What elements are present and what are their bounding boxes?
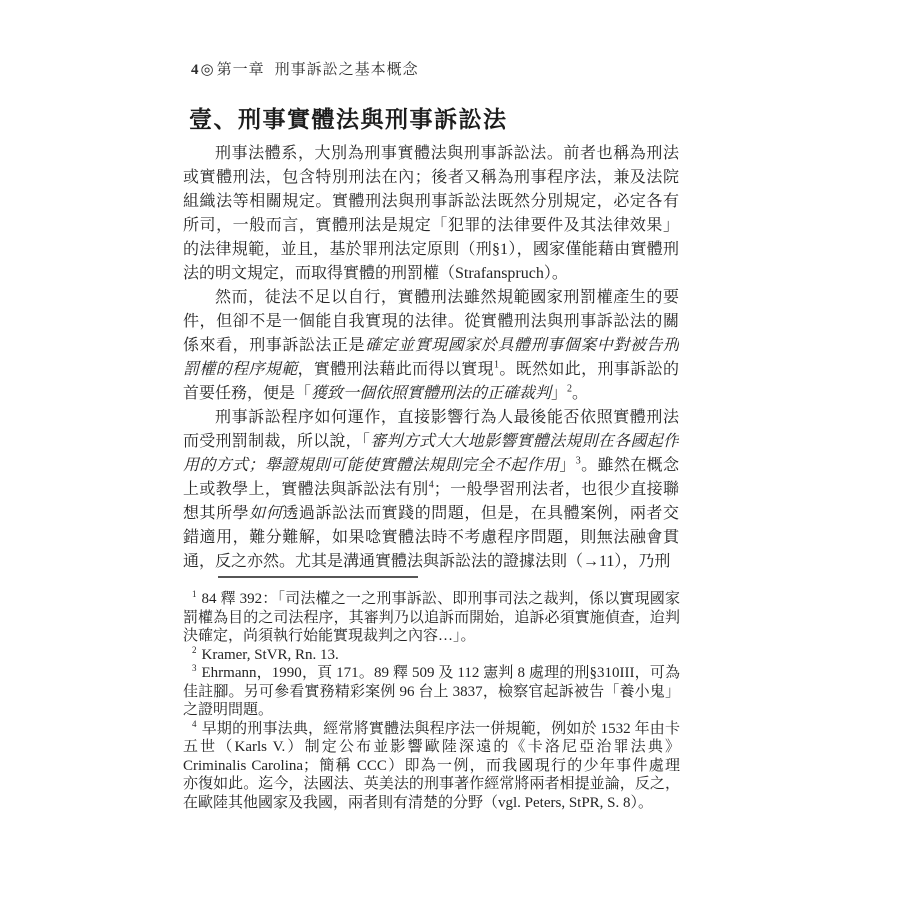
body-text-run: 想其所學: [183, 505, 249, 522]
body-text-run: 。既然如此，刑事訴訟的: [499, 361, 679, 378]
footnote: 184 釋 392：「司法權之一之刑事訴訟、即刑事司法之裁判，係以實現國家刑罰權…: [183, 590, 680, 646]
emphasis-text: 罰權的程序規範: [183, 361, 298, 378]
footnote: 2Kramer, StVR, Rn. 13.: [183, 646, 680, 665]
footnote-marker: 3: [192, 664, 197, 673]
text-line: 的法律規範，並且，基於罪刑法定原則（刑§1），國家僅能藉由實體刑: [183, 238, 679, 262]
body-text-run: Kramer, StVR, Rn. 13.: [202, 647, 339, 663]
body-text-run: 首要任務，便是「: [183, 385, 311, 402]
text-line: 法的明文規定，而取得實體的刑罰權（Strafanspruch）。: [183, 262, 679, 286]
body-text-run: 」: [551, 385, 567, 402]
body-text-run: 早期的刑事法典，經常將實體法與程序法一併規範，例如於 1532 年由卡爾: [183, 721, 680, 739]
text-line: 通，反之亦然。尤其是溝通實體法與訴訟法的證據法則（→11），乃刑: [183, 550, 679, 574]
body-text-run: 」: [559, 457, 575, 474]
body-text-run: 刑事法體系，大別為刑事實體法與刑事訴訟法。前者也稱為刑法: [215, 145, 679, 162]
chapter-label: 第一章: [217, 62, 265, 78]
body-text-run: 84 釋 392：「司法權之一之刑事訴訟、即刑事司法之裁判，係以實現國家刑: [183, 591, 680, 609]
body-text-run: 所司，一般而言，實體刑法是規定「犯罪的法律要件及其法律效果」: [183, 217, 679, 234]
text-line: 組織法等相關規定。實體刑法與刑事訴訟法既然分別規定，必定各有: [183, 190, 679, 214]
text-line: Criminalis Carolina；簡稱 CCC）即為一例，而我國現行的少年…: [183, 757, 680, 776]
body-text-run: 或實體刑法，包含特別刑法在內；後者又稱為刑事程序法，兼及法院: [183, 169, 679, 186]
paragraph: 然而，徒法不足以自行，實體刑法雖然規範國家刑罰權產生的要件，但卻不是一個能自我實…: [183, 286, 679, 406]
footnote-marker: 2: [192, 646, 197, 655]
text-line: 在歐陸其他國家及我國，兩者則有清楚的分野（vgl. Peters, StPR, …: [183, 794, 680, 813]
footnote-marker: 1: [192, 590, 197, 599]
emphasis-text: 獲致一個依照實體刑法的正確裁判: [311, 385, 551, 402]
book-page: 4◎第一章刑事訴訟之基本概念 壹、刑事實體法與刑事訴訟法 刑事法體系，大別為刑事…: [0, 0, 900, 900]
body-text-run: 而受刑罰制裁，所以說，「: [183, 433, 370, 450]
footnote: 3Ehrmann，1990，頁 171。89 釋 509 及 112 憲判 8 …: [183, 664, 680, 720]
text-line: 錯適用，難分難解，如果唸實體法時不考慮程序問題，則無法融會貫: [183, 526, 679, 550]
body-text-run: 之證明問題。: [183, 702, 273, 718]
text-line: 刑事訴訟程序如何運作，直接影響行為人最後能否依照實體刑法: [183, 406, 679, 430]
body-text-run: Ehrmann，1990，頁 171。89 釋 509 及 112 憲判 8 處…: [183, 665, 680, 683]
body-text-run: 。: [572, 385, 588, 402]
body-text-run: 通，反之亦然。尤其是溝通實體法與訴訟法的證據法則（→11），乃刑: [183, 553, 670, 570]
emphasis-text: 確定並實現國家於具體刑事個案中對被告刑: [365, 337, 679, 354]
header-symbol: ◎: [201, 62, 215, 78]
text-line: 罰權的程序規範，實體刑法藉此而得以實現1。既然如此，刑事訴訟的: [183, 358, 679, 382]
text-line: 然而，徒法不足以自行，實體刑法雖然規範國家刑罰權產生的要: [183, 286, 679, 310]
text-line: 184 釋 392：「司法權之一之刑事訴訟、即刑事司法之裁判，係以實現國家刑: [183, 590, 680, 609]
body-text-run: 五世（Karls V.）制定公布並影響歐陸深遠的《卡洛尼亞治罪法典》（Const…: [183, 739, 680, 757]
text-line: 係來看，刑事訴訟法正是確定並實現國家於具體刑事個案中對被告刑: [183, 334, 679, 358]
text-line: 亦復如此。迄今，法國法、英美法的刑事著作經常將兩者相提並論，反之，: [183, 775, 680, 794]
body-text-run: 在歐陸其他國家及我國，兩者則有清楚的分野（vgl. Peters, StPR, …: [183, 795, 653, 811]
text-line: 所司，一般而言，實體刑法是規定「犯罪的法律要件及其法律效果」: [183, 214, 679, 238]
running-header: 4◎第一章刑事訴訟之基本概念: [191, 58, 419, 79]
text-line: 決確定，尚須執行始能實現裁判之內容…」。: [183, 627, 680, 646]
body-text-run: 佳註腳。另可參看實務精彩案例 96 台上 3837，檢察官起訴被告「養小鬼」: [183, 684, 680, 700]
body-text-run: 亦復如此。迄今，法國法、英美法的刑事著作經常將兩者相提並論，反之，: [183, 776, 680, 792]
body-text-run: ，實體刑法藉此而得以實現: [298, 361, 494, 378]
text-line: 之證明問題。: [183, 701, 680, 720]
text-line: 而受刑罰制裁，所以說，「審判方式大大地影響實體法規則在各國起作: [183, 430, 679, 454]
footnote-separator-rule: [218, 576, 418, 578]
body-text-run: Criminalis Carolina；簡稱 CCC）即為一例，而我國現行的少年…: [183, 758, 680, 776]
section-heading: 壹、刑事實體法與刑事訴訟法: [189, 101, 508, 134]
body-text-run: 組織法等相關規定。實體刑法與刑事訴訟法既然分別規定，必定各有: [183, 193, 679, 210]
body-text-run: 件，但卻不是一個能自我實現的法律。從實體刑法與刑事訴訟法的關: [183, 313, 679, 330]
text-line: 想其所學如何透過訴訟法而實踐的問題，但是，在具體案例，兩者交: [183, 502, 679, 526]
body-text-run: 然而，徒法不足以自行，實體刑法雖然規範國家刑罰權產生的要: [215, 289, 679, 306]
text-line: 罰權為目的之司法程序，其審判乃以追訴而開始，追訴必須實施偵查，迨判: [183, 609, 680, 628]
body-text-run: 係來看，刑事訴訟法正是: [183, 337, 365, 354]
emphasis-text: 審判方式大大地影響實體法規則在各國起作: [370, 433, 679, 450]
text-line: 或實體刑法，包含特別刑法在內；後者又稱為刑事程序法，兼及法院: [183, 166, 679, 190]
footnote: 4早期的刑事法典，經常將實體法與程序法一併規範，例如於 1532 年由卡爾五世（…: [183, 720, 680, 813]
text-line: 刑事法體系，大別為刑事實體法與刑事訴訟法。前者也稱為刑法: [183, 142, 679, 166]
text-line: 佳註腳。另可參看實務精彩案例 96 台上 3837，檢察官起訴被告「養小鬼」: [183, 683, 680, 702]
paragraph: 刑事法體系，大別為刑事實體法與刑事訴訟法。前者也稱為刑法或實體刑法，包含特別刑法…: [183, 142, 679, 286]
footnotes: 184 釋 392：「司法權之一之刑事訴訟、即刑事司法之裁判，係以實現國家刑罰權…: [183, 590, 680, 812]
text-line: 首要任務，便是「獲致一個依照實體刑法的正確裁判」2。: [183, 382, 679, 406]
text-line: 件，但卻不是一個能自我實現的法律。從實體刑法與刑事訴訟法的關: [183, 310, 679, 334]
footnote-marker: 4: [192, 720, 197, 729]
emphasis-text: 用的方式；舉證規則可能使實體法規則完全不起作用: [183, 457, 559, 474]
body-text-run: 法的明文規定，而取得實體的刑罰權（Strafanspruch）。: [183, 265, 568, 282]
body-text-run: 的法律規範，並且，基於罪刑法定原則（刑§1），國家僅能藉由實體刑: [183, 241, 679, 258]
text-line: 用的方式；舉證規則可能使實體法規則完全不起作用」3。雖然在概念: [183, 454, 679, 478]
body-text: 刑事法體系，大別為刑事實體法與刑事訴訟法。前者也稱為刑法或實體刑法，包含特別刑法…: [183, 142, 679, 574]
text-line: 2Kramer, StVR, Rn. 13.: [183, 646, 680, 665]
body-text-run: 錯適用，難分難解，如果唸實體法時不考慮程序問題，則無法融會貫: [183, 529, 679, 546]
body-text-run: 決確定，尚須執行始能實現裁判之內容…」。: [183, 628, 476, 644]
body-text-run: 上或教學上，實體法與訴訟法有別: [183, 481, 429, 498]
emphasis-text: 如何: [249, 505, 282, 522]
body-text-run: ；一般學習刑法者，也很少直接聯: [434, 481, 679, 498]
body-text-run: 。雖然在概念: [581, 457, 679, 474]
text-line: 3Ehrmann，1990，頁 171。89 釋 509 及 112 憲判 8 …: [183, 664, 680, 683]
body-text-run: 透過訴訟法而實踐的問題，但是，在具體案例，兩者交: [282, 505, 679, 522]
body-text-run: 罰權為目的之司法程序，其審判乃以追訴而開始，追訴必須實施偵查，迨判: [183, 610, 680, 626]
text-line: 上或教學上，實體法與訴訟法有別4；一般學習刑法者，也很少直接聯: [183, 478, 679, 502]
text-line: 4早期的刑事法典，經常將實體法與程序法一併規範，例如於 1532 年由卡爾: [183, 720, 680, 739]
page-number: 4: [191, 62, 200, 78]
text-line: 五世（Karls V.）制定公布並影響歐陸深遠的《卡洛尼亞治罪法典》（Const…: [183, 738, 680, 757]
body-text-run: 刑事訴訟程序如何運作，直接影響行為人最後能否依照實體刑法: [215, 409, 679, 426]
chapter-title: 刑事訴訟之基本概念: [275, 62, 419, 78]
paragraph: 刑事訴訟程序如何運作，直接影響行為人最後能否依照實體刑法而受刑罰制裁，所以說，「…: [183, 406, 679, 574]
